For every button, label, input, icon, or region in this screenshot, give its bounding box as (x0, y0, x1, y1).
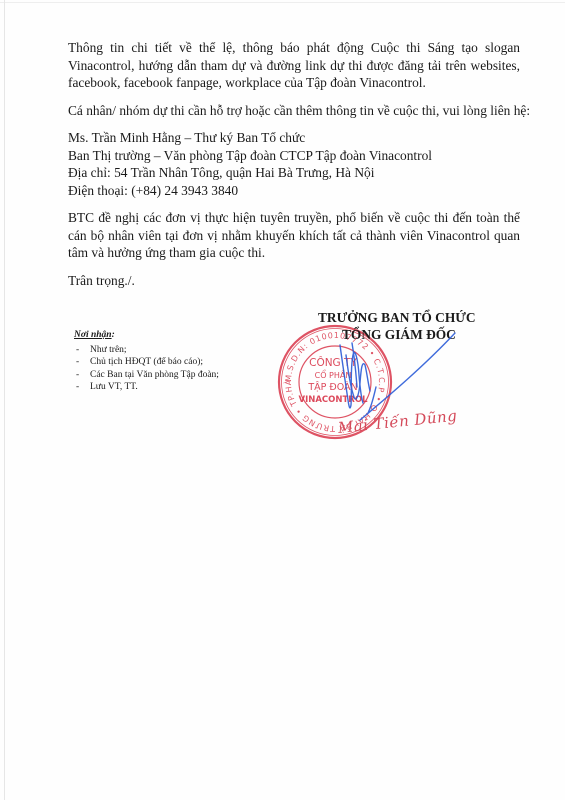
page-edge-top (0, 2, 565, 3)
contact-intro: Cá nhân/ nhóm dự thi cần hỗ trợ hoặc cần… (68, 102, 520, 120)
page-edge-left (4, 0, 5, 800)
recipients-title-text: Nơi nhận (74, 330, 112, 340)
recipients-list: -Như trên; -Chủ tịch HĐQT (để báo cáo); … (76, 344, 219, 393)
recipient-text: Các Ban tại Văn phòng Tập đoàn; (90, 370, 219, 380)
recipient-item: -Các Ban tại Văn phòng Tập đoàn; (76, 369, 219, 381)
recipient-item: -Lưu VT, TT. (76, 381, 219, 393)
dash-bullet: - (76, 356, 90, 368)
recipient-item: -Như trên; (76, 344, 219, 356)
signature-title-line1: TRƯỞNG BAN TỔ CHỨC (318, 310, 476, 326)
recipient-text: Lưu VT, TT. (90, 382, 138, 392)
recipient-item: -Chủ tịch HĐQT (để báo cáo); (76, 356, 219, 368)
contact-address: Địa chỉ: 54 Trần Nhân Tông, quận Hai Bà … (68, 164, 520, 182)
dash-bullet: - (76, 381, 90, 393)
intro-paragraph: Thông tin chi tiết về thể lệ, thông báo … (68, 39, 520, 92)
recipient-text: Chủ tịch HĐQT (để báo cáo); (90, 357, 203, 367)
dash-bullet: - (76, 369, 90, 381)
recipients-title-colon: : (112, 330, 115, 340)
contact-phone: Điện thoại: (+84) 24 3943 3840 (68, 182, 520, 200)
recipient-text: Như trên; (90, 345, 127, 355)
closing-text: Trân trọng./. (68, 272, 520, 290)
recipients-title: Nơi nhận: (74, 330, 115, 340)
dash-bullet: - (76, 344, 90, 356)
request-paragraph: BTC đề nghị các đơn vị thực hiện tuyên t… (68, 209, 520, 262)
document-page: Thông tin chi tiết về thể lệ, thông báo … (0, 0, 565, 800)
contact-name: Ms. Trần Minh Hằng – Thư ký Ban Tổ chức (68, 129, 520, 147)
contact-department: Ban Thị trường – Văn phòng Tập đoàn CTCP… (68, 147, 520, 165)
